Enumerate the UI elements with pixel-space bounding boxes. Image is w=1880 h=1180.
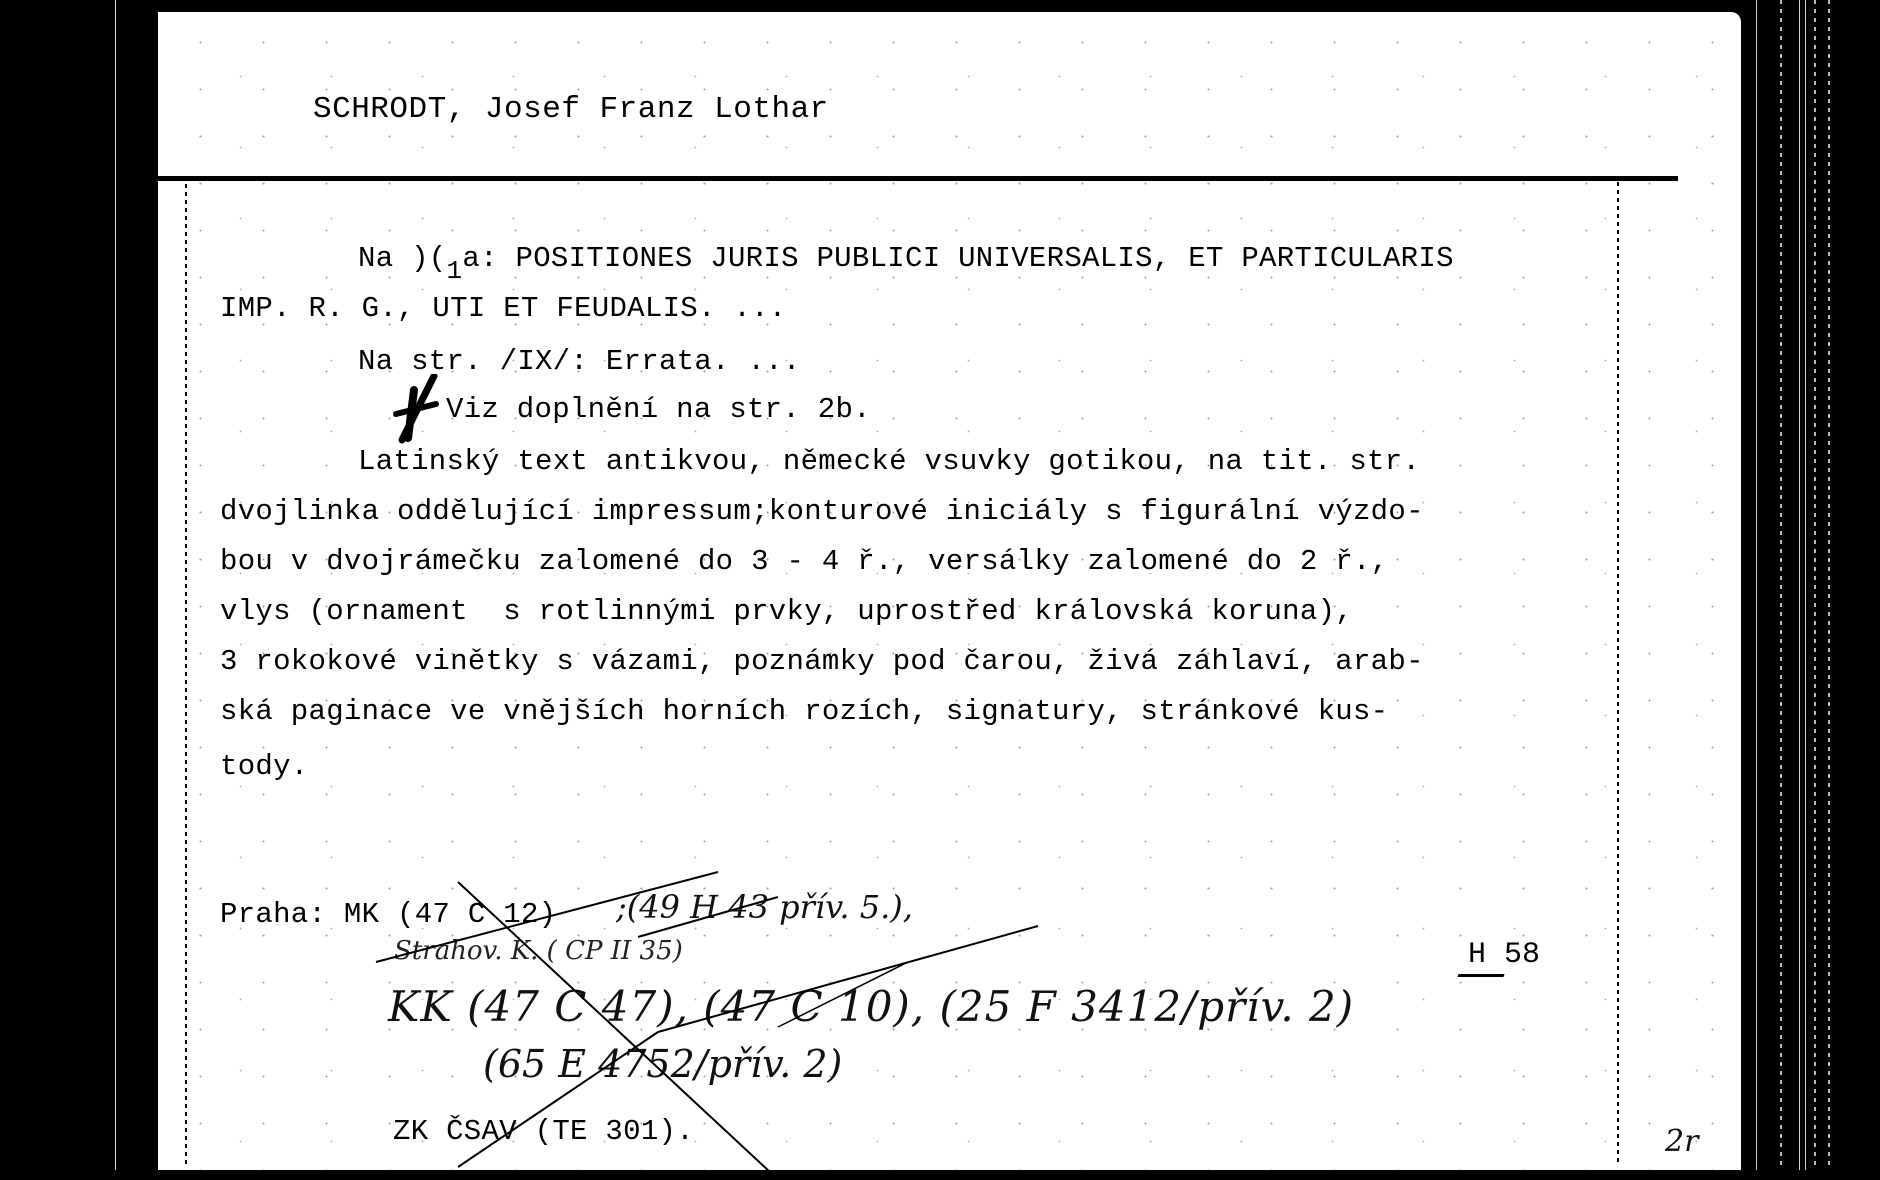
film-border-right xyxy=(1742,0,1880,1180)
description-line: dvojlinka oddělující impressum;konturové… xyxy=(220,495,1424,528)
title-prefix: Na )( xyxy=(358,242,447,275)
supplement-note: Viz doplnění na str. 2b. xyxy=(446,393,871,426)
film-border-left xyxy=(0,0,160,1180)
film-edge-line xyxy=(115,0,116,1180)
holdings-typed-last: ZK ČSAV (TE 301). xyxy=(393,1115,694,1148)
catalog-card: SCHRODT, Josef Franz Lothar Na )(1a: POS… xyxy=(158,12,1741,1170)
description-line: ská paginace ve vnějších horních rozích,… xyxy=(220,695,1388,728)
title-line-2: IMP. R. G., UTI ET FEUDALIS. ... xyxy=(220,292,787,325)
shelf-signature-underline xyxy=(1457,974,1504,977)
description-line: 3 rokokové vinětky s vázami, poznámky po… xyxy=(220,645,1424,678)
holdings-typed-prefix: Praha: MK (47 C 12) xyxy=(220,898,556,931)
left-margin-dotted-line xyxy=(185,184,187,1164)
holdings-handwritten-4: (65 E 4752/přív. 2) xyxy=(483,1042,842,1086)
title-rest: a: POSITIONES JURIS PUBLICI UNIVERSALIS,… xyxy=(462,242,1453,275)
description-line: Latinský text antikvou, německé vsuvky g… xyxy=(358,445,1420,478)
description-line: vlys (ornament s rotlinnými prvky, upros… xyxy=(220,595,1353,628)
holdings-handwritten-1: ;(49 H 43 přív. 5.), xyxy=(616,888,913,926)
description-line: tody. xyxy=(220,750,309,783)
title-subscript: 1 xyxy=(447,256,463,286)
holdings-handwritten-2: Strahov. K. ( CP II 35) xyxy=(394,936,683,966)
shelf-signature: H 58 xyxy=(1468,938,1540,972)
page-mark: 2r xyxy=(1665,1124,1698,1159)
title-line-1: Na )(1a: POSITIONES JURIS PUBLICI UNIVER… xyxy=(358,242,1454,275)
holdings-handwritten-3: KK (47 C 47), (47 C 10), (25 F 3412/přív… xyxy=(388,982,1354,1031)
header-divider xyxy=(158,176,1678,181)
author-heading: SCHRODT, Josef Franz Lothar xyxy=(313,92,829,127)
film-border-bottom xyxy=(0,1170,1880,1180)
check-mark-icon xyxy=(390,374,440,444)
right-margin-dotted-line xyxy=(1617,182,1619,1164)
description-line: bou v dvojrámečku zalomené do 3 - 4 ř., … xyxy=(220,545,1388,578)
